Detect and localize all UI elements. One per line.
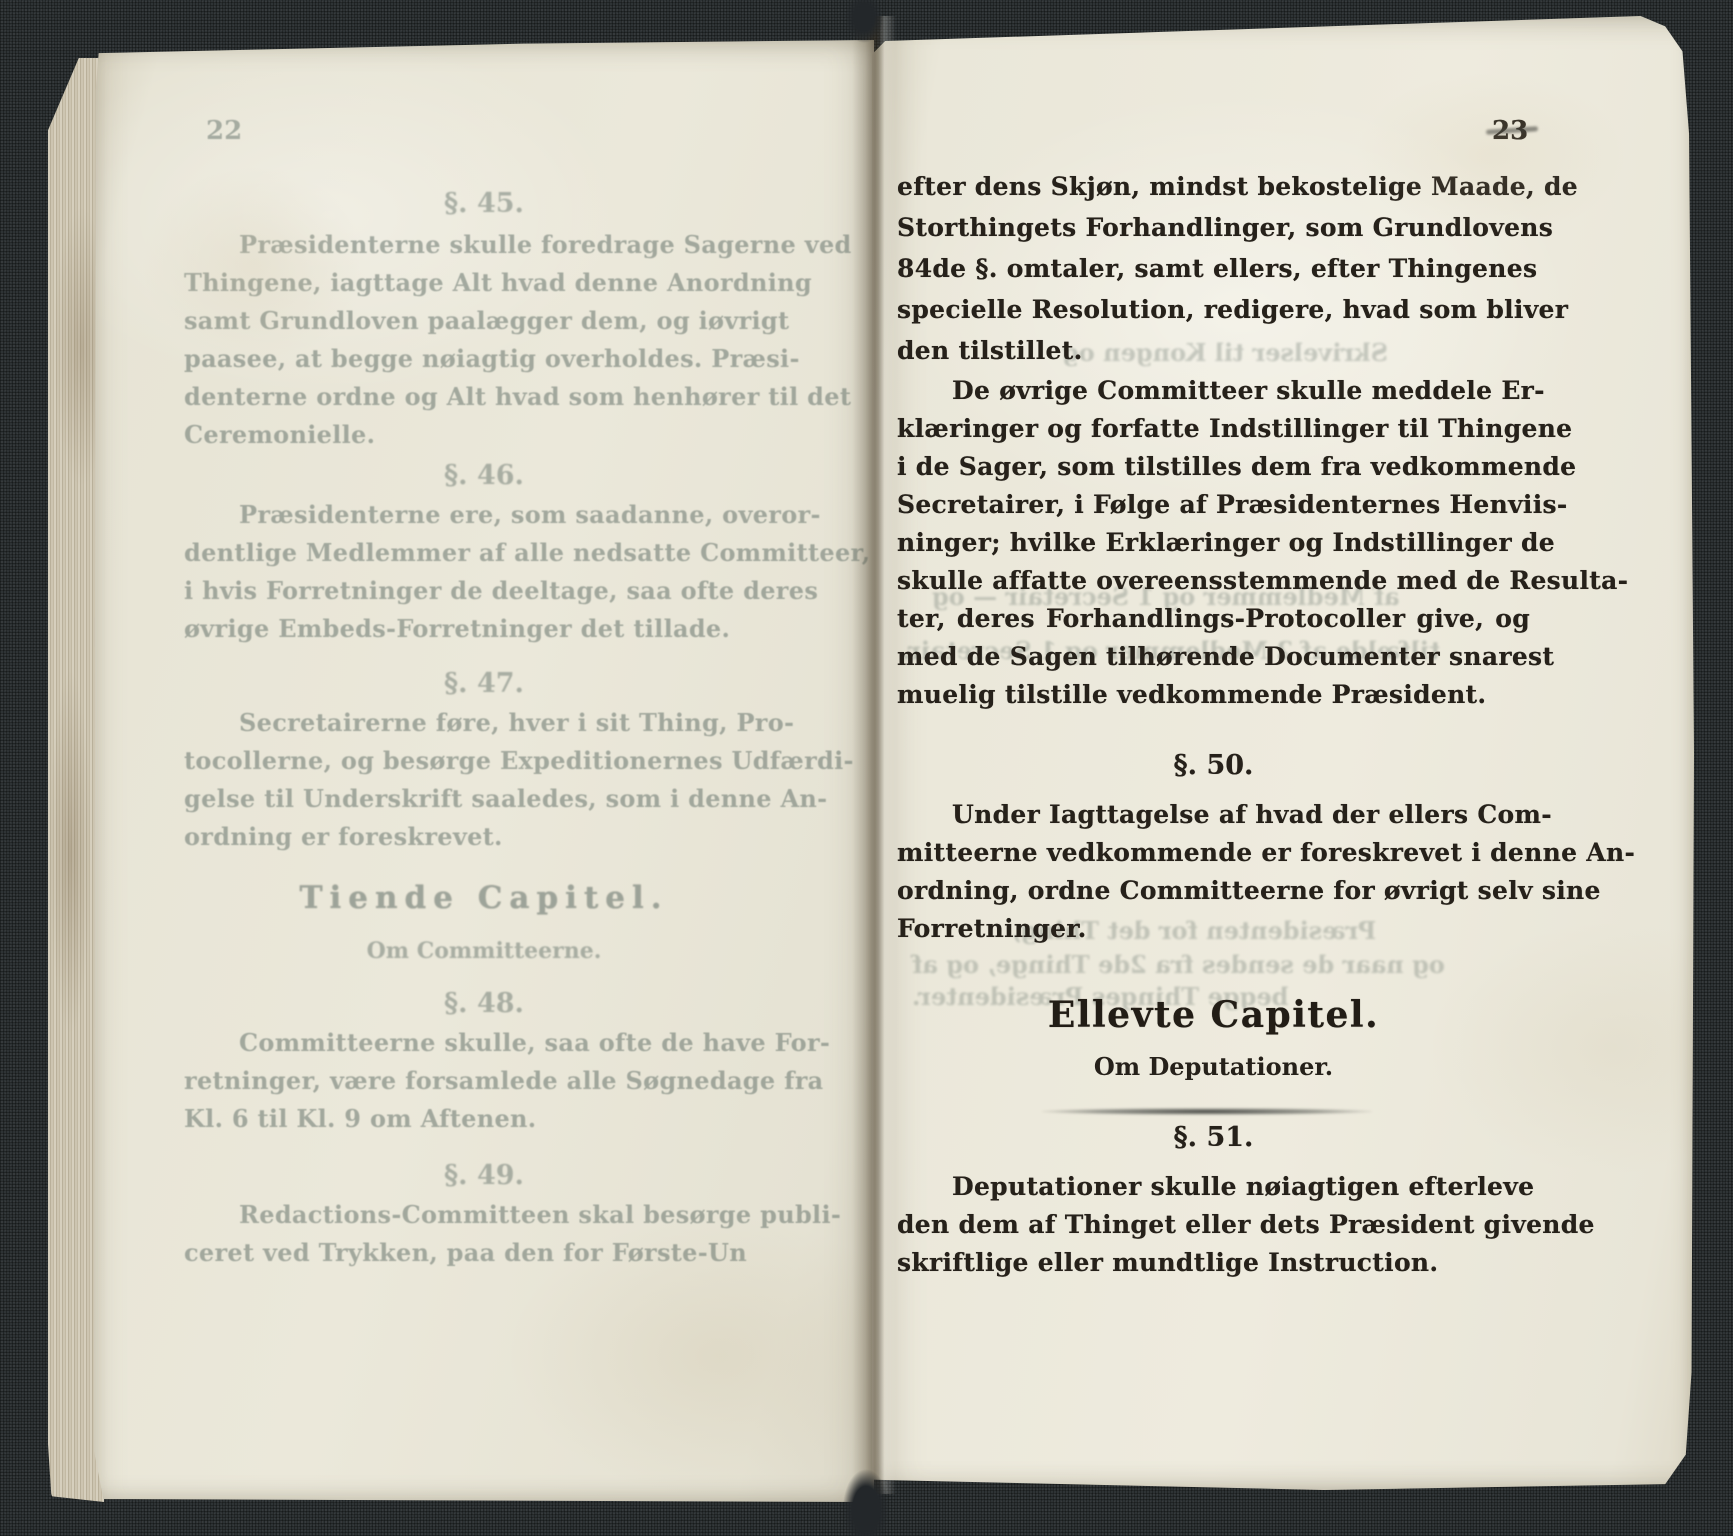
section-heading-49: §. 49.: [184, 1160, 784, 1191]
text-line: den tilstillet.: [897, 330, 1530, 371]
text-line: retninger, være forsamlede alle Søgnedag…: [184, 1062, 784, 1100]
text-line: ter, deres Forhandlings-Protocoller give…: [897, 600, 1530, 638]
paragraph-51: Deputationer skulle nøiagtigen efterleve…: [897, 1168, 1530, 1282]
text-line: i de Sager, som tilstilles dem fra vedko…: [897, 448, 1530, 486]
text-line: Thingene, iagttage Alt hvad denne Anordn…: [184, 264, 784, 302]
text-line: gelse til Underskrift saaledes, som i de…: [184, 780, 784, 818]
text-line: med de Sagen tilhørende Documenter snare…: [897, 638, 1530, 676]
text-line: øvrige Embeds-Forretninger det tillade.: [184, 610, 784, 648]
section-heading-48: §. 48.: [184, 988, 784, 1019]
text-line: mitteerne vedkommende er foreskrevet i d…: [897, 834, 1530, 872]
text-line: skriftlige eller mundtlige Instruction.: [897, 1244, 1530, 1282]
text-line: Ceremonielle.: [184, 416, 784, 454]
text-line: ceret ved Trykken, paa den for Første-Un: [184, 1234, 784, 1272]
binding-notch-top: [838, 0, 890, 58]
section-heading-51: §. 51.: [897, 1122, 1530, 1153]
text-line: De øvrige Committeer skulle meddele Er-: [897, 372, 1530, 410]
text-line: Kl. 6 til Kl. 9 om Aftenen.: [184, 1100, 784, 1138]
separator-rule: [1042, 1108, 1372, 1115]
text-line: i hvis Forretninger de deeltage, saa oft…: [184, 572, 784, 610]
text-line: paasee, at begge nøiagtig overholdes. Pr…: [184, 340, 784, 378]
text-line: specielle Resolution, redigere, hvad som…: [897, 289, 1530, 330]
section-heading-45: §. 45.: [184, 188, 784, 219]
text-line: Under Iagttagelse af hvad der ellers Com…: [897, 796, 1530, 834]
text-line: Committeerne skulle, saa ofte de have Fo…: [184, 1024, 784, 1062]
text-line: Storthingets Forhandlinger, som Grundlov…: [897, 207, 1530, 248]
text-line: 84de §. omtaler, samt ellers, efter Thin…: [897, 248, 1530, 289]
text-line: Secretairerne føre, hver i sit Thing, Pr…: [184, 704, 784, 742]
chapter-subtitle-left: Om Committeerne.: [184, 938, 784, 964]
section-heading-47: §. 47.: [184, 668, 784, 699]
paragraph-45: Præsidenterne skulle foredrage Sagerne v…: [184, 226, 784, 454]
chapter-heading-left: Tiende Capitel.: [184, 880, 784, 916]
text-line: skulle affatte overeensstemmende med de …: [897, 562, 1530, 600]
text-line: den dem af Thinget eller dets Præsident …: [897, 1206, 1530, 1244]
text-line: samt Grundloven paalægger dem, og iøvrig…: [184, 302, 784, 340]
text-line: Secretairer, i Følge af Præsidenternes H…: [897, 486, 1530, 524]
paragraph-committees: De øvrige Committeer skulle meddele Er- …: [897, 372, 1530, 714]
section-heading-46: §. 46.: [184, 460, 784, 491]
text-line: Redactions-Committeen skal besørge publi…: [184, 1196, 784, 1234]
section-heading-50: §. 50.: [897, 750, 1530, 781]
text-line: Forretninger.: [897, 910, 1530, 948]
text-line: ordning, ordne Committeerne for øvrigt s…: [897, 872, 1530, 910]
paragraph-50: Under Iagttagelse af hvad der ellers Com…: [897, 796, 1530, 948]
text-line: Præsidenterne skulle foredrage Sagerne v…: [184, 226, 784, 264]
paragraph-47: Secretairerne føre, hver i sit Thing, Pr…: [184, 704, 784, 856]
text-line: Deputationer skulle nøiagtigen efterleve: [897, 1168, 1530, 1206]
paragraph-46: Præsidenterne ere, som saadanne, overor-…: [184, 496, 784, 648]
text-line: ninger; hvilke Erklæringer og Indstillin…: [897, 524, 1530, 562]
paragraph-48: Committeerne skulle, saa ofte de have Fo…: [184, 1024, 784, 1138]
paragraph-continuation: efter dens Skjøn, mindst bekostelige Maa…: [897, 166, 1530, 371]
text-line: denterne ordne og Alt hvad som henhører …: [184, 378, 784, 416]
text-line: Præsidenterne ere, som saadanne, overor-: [184, 496, 784, 534]
left-page: 22 §. 45. Præsidenterne skulle foredrage…: [94, 40, 874, 1502]
text-line: dentlige Medlemmer af alle nedsatte Comm…: [184, 534, 784, 572]
text-line: efter dens Skjøn, mindst bekostelige Maa…: [897, 166, 1530, 207]
ghost-line: og naar de sendes fra 2de Thinge, og af: [912, 950, 1445, 979]
chapter-subtitle-right: Om Deputationer.: [897, 1052, 1530, 1081]
text-line: ordning er foreskrevet.: [184, 818, 784, 856]
page-number-left: 22: [206, 116, 242, 146]
chapter-heading-right: Ellevte Capitel.: [897, 994, 1530, 1036]
text-line: muelig tilstille vedkommende Præsident.: [897, 676, 1530, 714]
binding-notch-bottom: [836, 1448, 896, 1536]
book-scan-photo: 22 §. 45. Præsidenterne skulle foredrage…: [0, 0, 1733, 1536]
right-page: 23 Skrivelser til Kongen og af Medlemmer…: [872, 16, 1694, 1490]
text-line: klæringer og forfatte Indstillinger til …: [897, 410, 1530, 448]
text-line: tocollerne, og besørge Expeditionernes U…: [184, 742, 784, 780]
paragraph-49: Redactions-Committeen skal besørge publi…: [184, 1196, 784, 1272]
